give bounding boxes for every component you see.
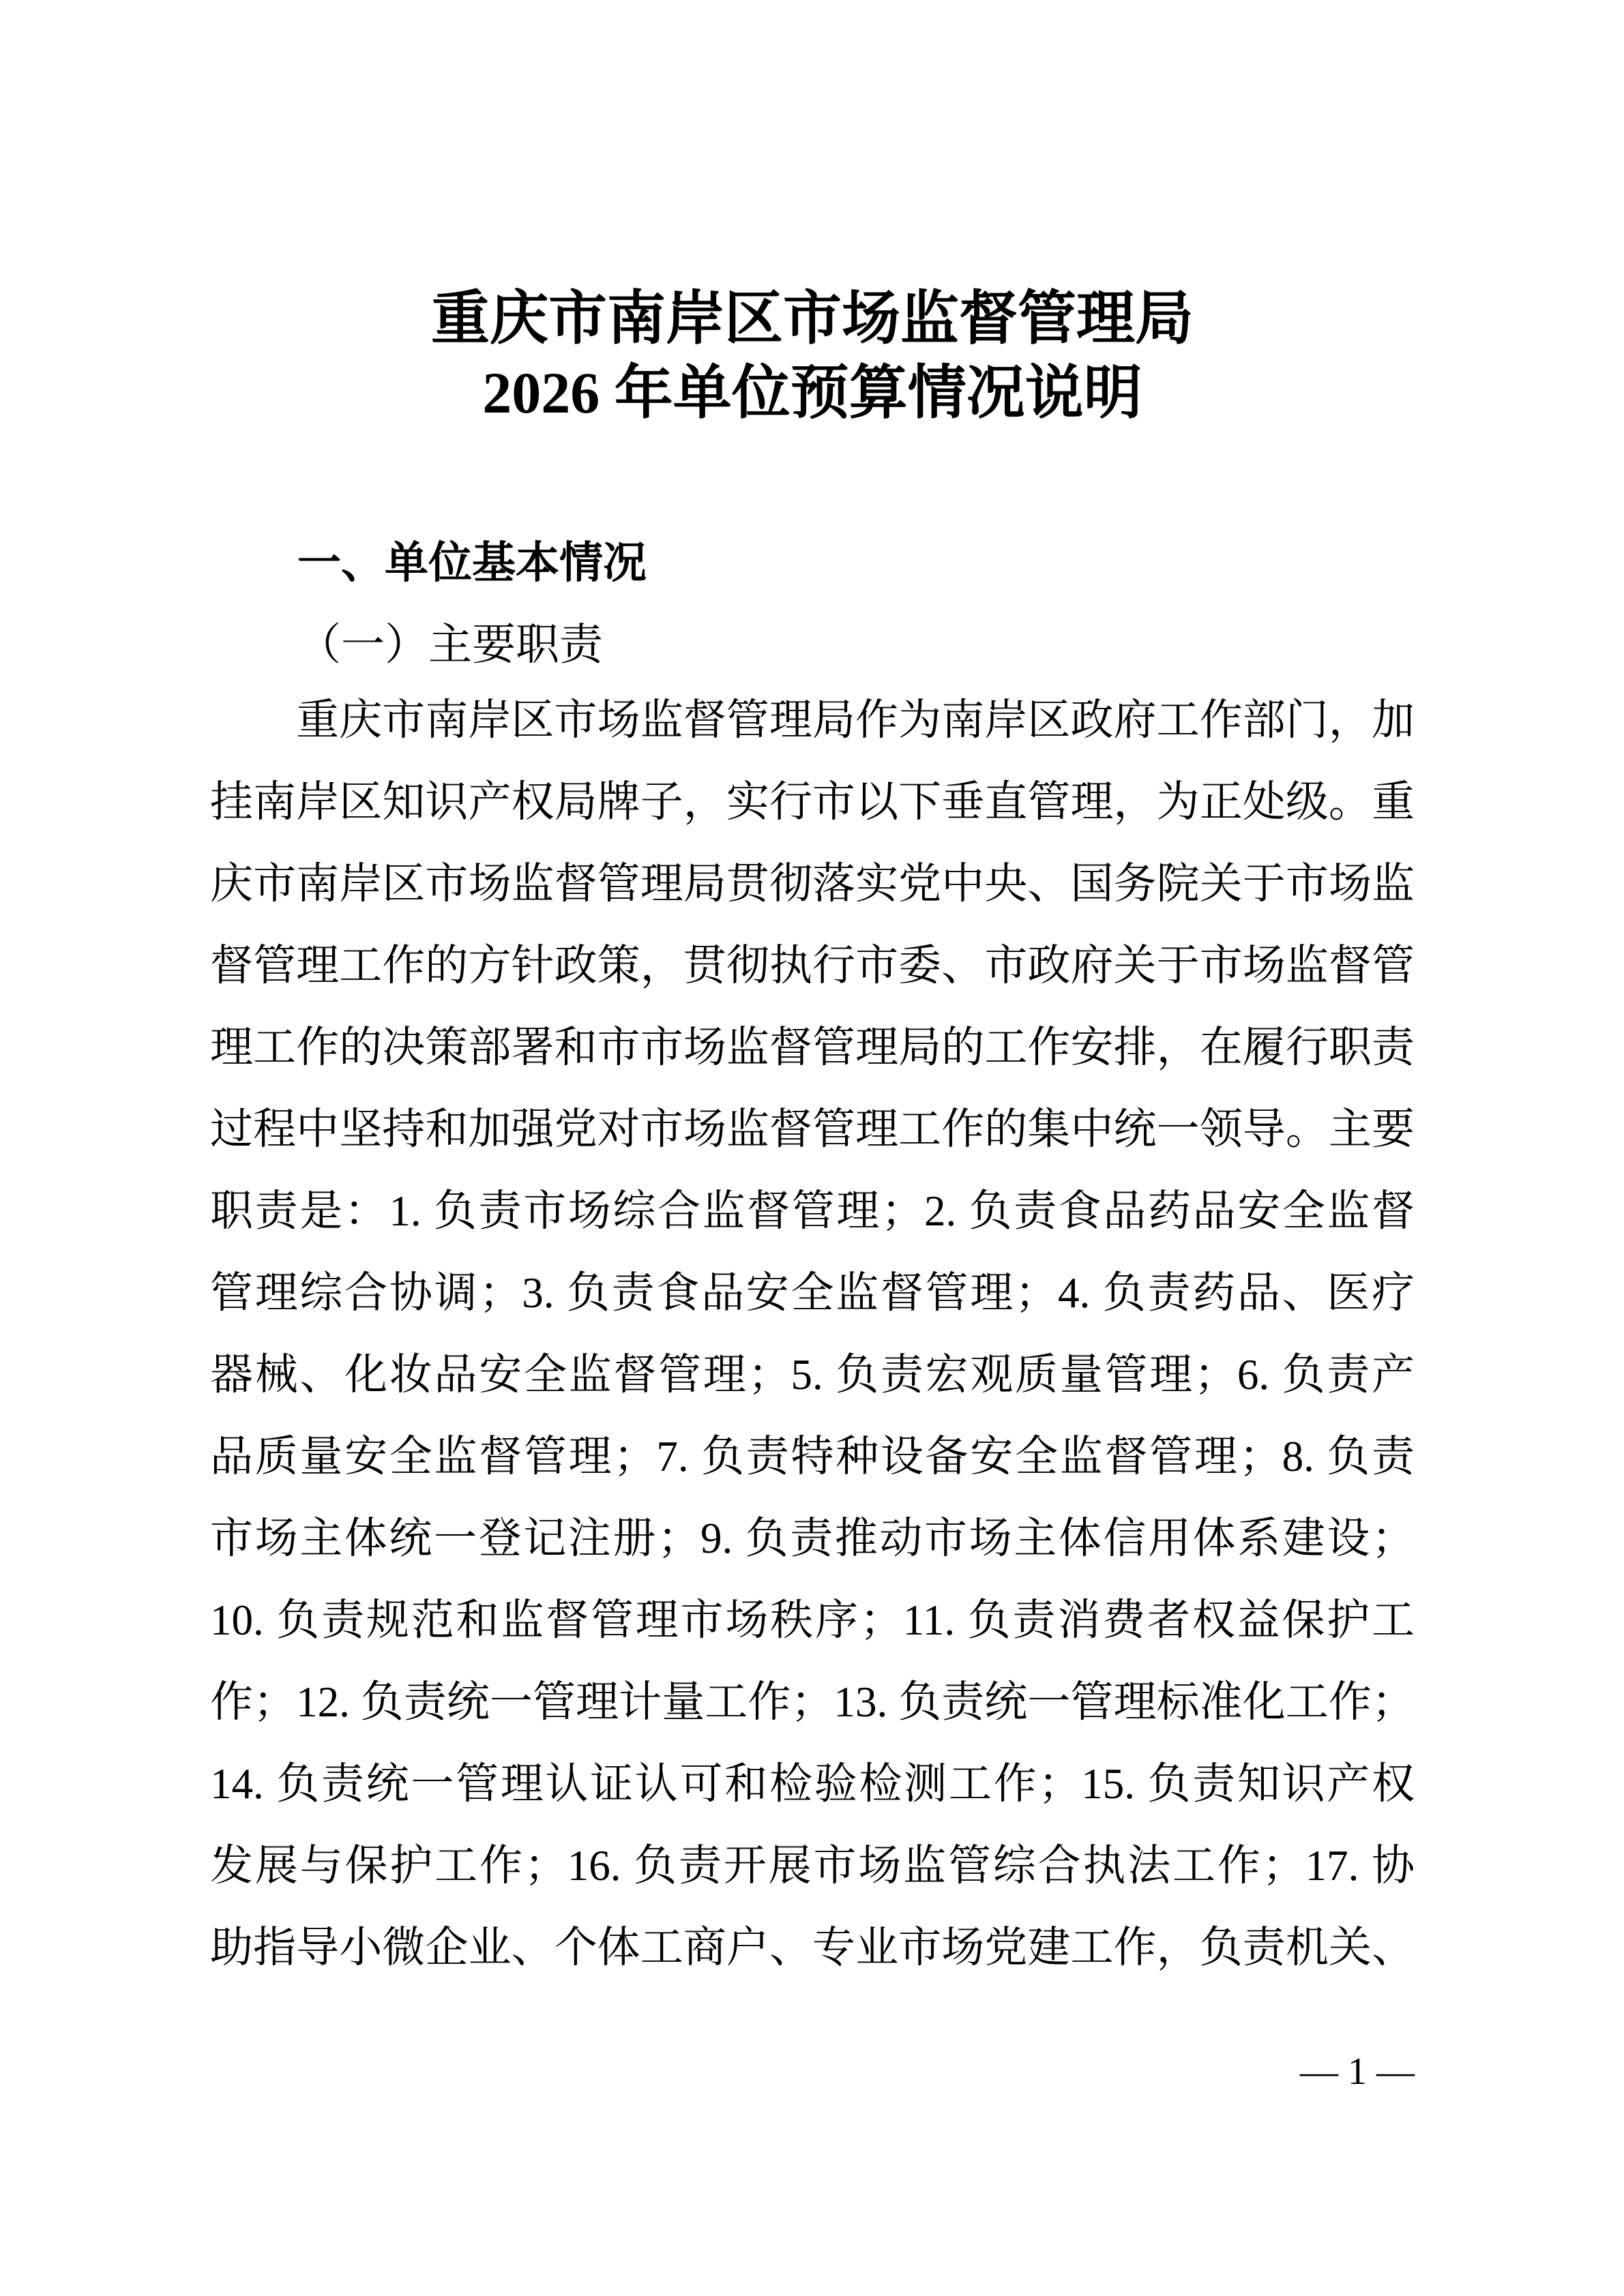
body-line: 市场主体统一登记注册；9. 负责推动市场主体信用体系建设；	[210, 1515, 1415, 1562]
body-line: 管理综合协调；3. 负责食品安全监督管理；4. 负责药品、医疗	[210, 1270, 1415, 1317]
document-title-line1: 重庆市南岸区市场监督管理局	[210, 289, 1415, 348]
body-line: 14. 负责统一管理认证认可和检验检测工作；15. 负责知识产权	[210, 1761, 1415, 1808]
subsection-heading-main-duties: （一）主要职责	[210, 622, 1415, 668]
body-line: 督管理工作的方针政策，贯彻执行市委、市政府关于市场监督管	[210, 942, 1415, 989]
body-line: 发展与保护工作；16. 负责开展市场监管综合执法工作；17. 协	[210, 1843, 1415, 1890]
body-line: 重庆市南岸区市场监督管理局作为南岸区政府工作部门，加	[210, 697, 1415, 744]
body-line: 器械、化妆品安全监督管理；5. 负责宏观质量管理；6. 负责产	[210, 1352, 1415, 1399]
body-line: 10. 负责规范和监督管理市场秩序；11. 负责消费者权益保护工	[210, 1597, 1415, 1644]
page-number: — 1 —	[1300, 2051, 1415, 2093]
body-line: 庆市南岸区市场监督管理局贯彻落实党中央、国务院关于市场监	[210, 861, 1415, 908]
document-page: 重庆市南岸区市场监督管理局 2026 年单位预算情况说明 一、单位基本情况 （一…	[0, 0, 1624, 2296]
body-line: 品质量安全监督管理；7. 负责特种设备安全监督管理；8. 负责	[210, 1433, 1415, 1480]
body-line: 助指导小微企业、个体工商户、专业市场党建工作，负责机关、	[210, 1924, 1415, 1971]
body-line: 过程中坚持和加强党对市场监督管理工作的集中统一领导。主要	[210, 1106, 1415, 1153]
section-heading-basic-info: 一、单位基本情况	[210, 540, 1415, 586]
document-title-line2: 2026 年单位预算情况说明	[210, 363, 1415, 422]
body-line: 理工作的决策部署和市市场监督管理局的工作安排，在履行职责	[210, 1024, 1415, 1071]
body-line: 职责是：1. 负责市场综合监督管理；2. 负责食品药品安全监督	[210, 1188, 1415, 1235]
body-line: 挂南岸区知识产权局牌子，实行市以下垂直管理，为正处级。重	[210, 779, 1415, 826]
body-line: 作；12. 负责统一管理计量工作；13. 负责统一管理标准化工作；	[210, 1679, 1415, 1726]
